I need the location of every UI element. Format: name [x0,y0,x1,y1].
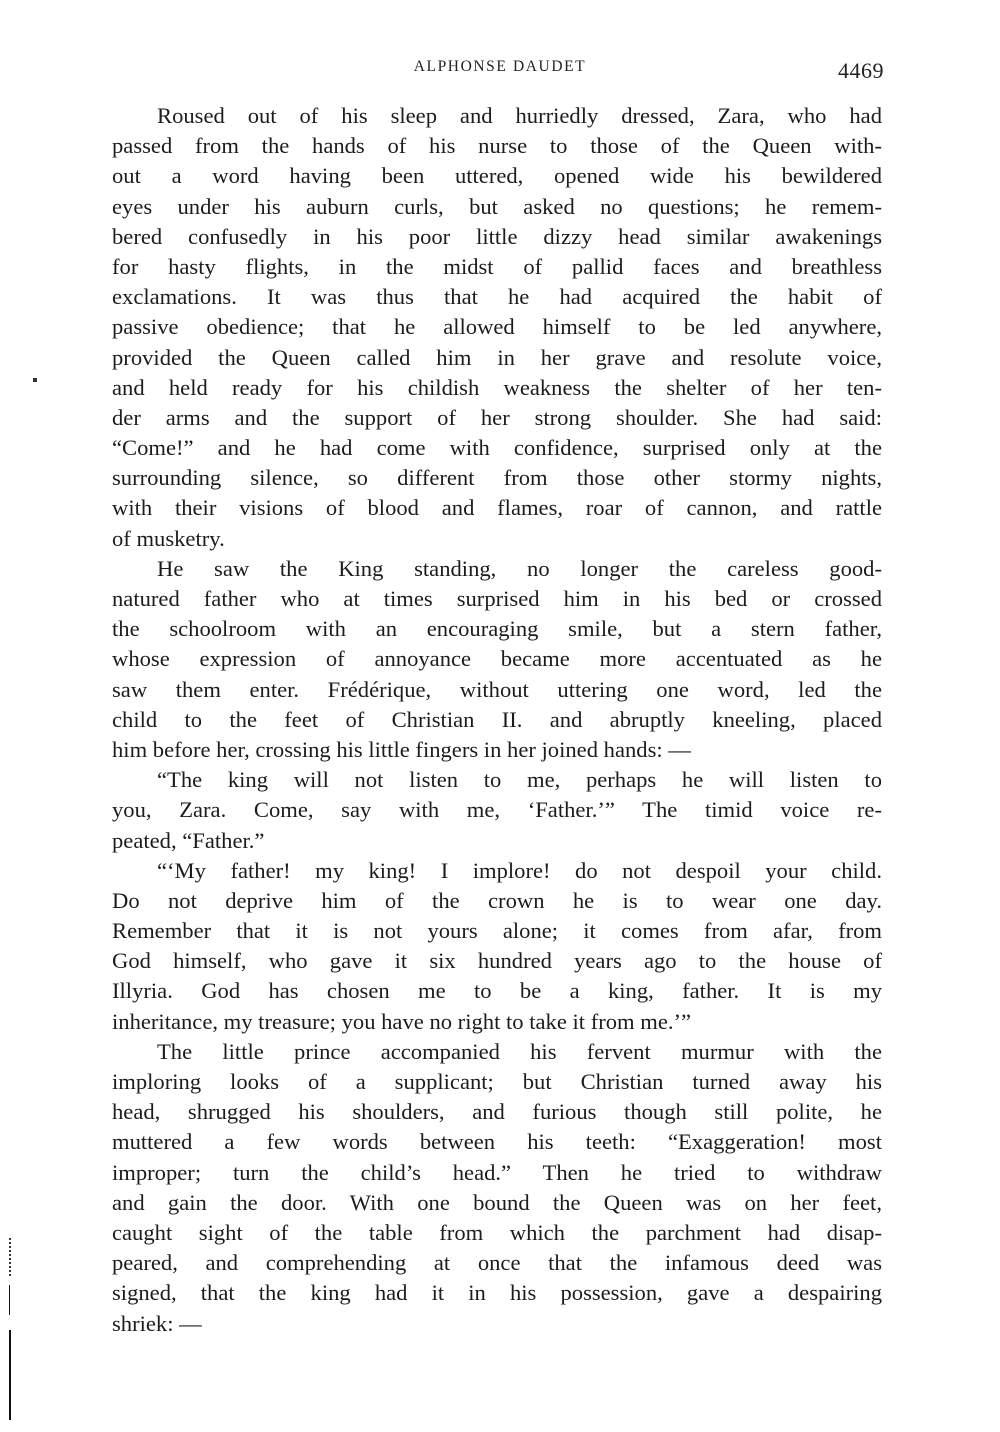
text-line: passive obedience; that he allowed himse… [112,312,882,342]
text-line: saw them enter. Frédérique, without utte… [112,675,882,705]
text-line: der arms and the support of her strong s… [112,403,882,433]
text-line: He saw the King standing, no longer the … [112,554,882,584]
text-line: Do not deprive him of the crown he is to… [112,886,882,916]
text-line: “The king will not listen to me, perhaps… [112,765,882,795]
paragraph: He saw the King standing, no longer the … [112,554,882,765]
text-line: Roused out of his sleep and hurriedly dr… [112,101,882,131]
text-line: signed, that the king had it in his poss… [112,1278,882,1308]
text-line: “‘My father! my king! I implore! do not … [112,856,882,886]
text-line: and gain the door. With one bound the Qu… [112,1188,882,1218]
text-line: you, Zara. Come, say with me, ‘Father.’”… [112,795,882,825]
text-line: child to the feet of Christian II. and a… [112,705,882,735]
text-line: imploring looks of a supplicant; but Chr… [112,1067,882,1097]
text-line: Illyria. God has chosen me to be a king,… [112,976,882,1006]
paragraph: “‘My father! my king! I implore! do not … [112,856,882,1037]
paragraph: “The king will not listen to me, perhaps… [112,765,882,856]
text-line: improper; turn the child’s head.” Then h… [112,1158,882,1188]
text-line: bered confusedly in his poor little dizz… [112,222,882,252]
text-line: peared, and comprehending at once that t… [112,1248,882,1278]
text-line: with their visions of blood and flames, … [112,493,882,523]
text-line: whose expression of annoyance became mor… [112,644,882,674]
text-line: and held ready for his childish weakness… [112,373,882,403]
text-line: passed from the hands of his nurse to th… [112,131,882,161]
text-line: head, shrugged his shoulders, and furiou… [112,1097,882,1127]
page-header: ALPHONSE DAUDET 4469 [0,54,1000,84]
text-line: him before her, crossing his little fing… [112,735,882,765]
text-line: of musketry. [112,524,882,554]
text-line: inheritance, my treasure; you have no ri… [112,1007,882,1037]
paragraph: The little prince accompanied his ferven… [112,1037,882,1339]
text-line: out a word having been uttered, opened w… [112,161,882,191]
text-line: peated, “Father.” [112,826,882,856]
text-line: caught sight of the table from which the… [112,1218,882,1248]
body-text: Roused out of his sleep and hurriedly dr… [112,101,882,1339]
text-line: exclamations. It was thus that he had ac… [112,282,882,312]
scan-margin-rule [9,1330,11,1420]
scan-margin-rule [9,1238,11,1276]
text-line: “Come!” and he had come with confidence,… [112,433,882,463]
text-line: provided the Queen called him in her gra… [112,343,882,373]
text-line: natured father who at times surprised hi… [112,584,882,614]
text-line: the schoolroom with an encouraging smile… [112,614,882,644]
text-line: muttered a few words between his teeth: … [112,1127,882,1157]
text-line: eyes under his auburn curls, but asked n… [112,192,882,222]
scan-margin-rule [9,1285,10,1315]
text-line: for hasty flights, in the midst of palli… [112,252,882,282]
text-line: Remember that it is not yours alone; it … [112,916,882,946]
paragraph: Roused out of his sleep and hurriedly dr… [112,101,882,554]
text-line: God himself, who gave it six hundred yea… [112,946,882,976]
scan-speck [33,378,37,382]
text-line: surrounding silence, so different from t… [112,463,882,493]
text-line: The little prince accompanied his ferven… [112,1037,882,1067]
text-line: shriek: — [112,1309,882,1339]
page-number: 4469 [838,58,884,84]
